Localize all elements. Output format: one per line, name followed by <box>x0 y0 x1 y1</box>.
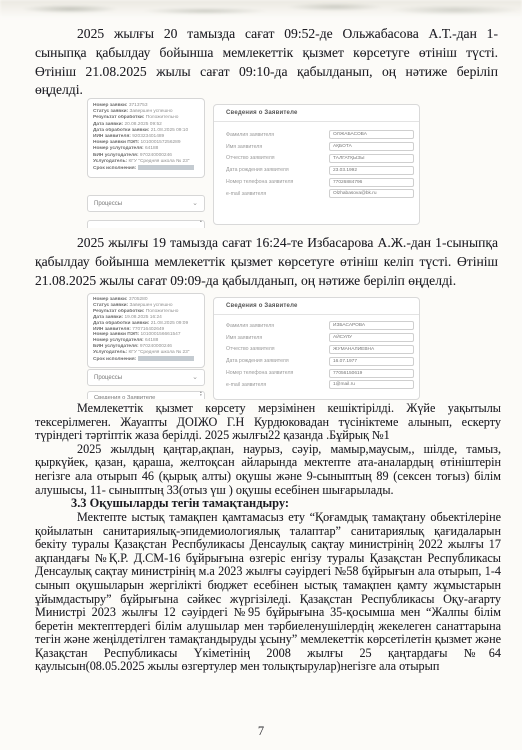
application-details-card: Номер заявки: 3713753 Статус заявки: Зав… <box>87 98 205 178</box>
applicant-field-label: e-mail заявителя <box>226 191 329 197</box>
applicant-field-row: Отчество заявителяТАЛГАТҚЫЗЫ <box>226 153 414 165</box>
scroll-up-icon[interactable]: ▴ <box>200 220 202 223</box>
applicant-field-input[interactable]: АЙСУЛУ <box>329 333 414 342</box>
applicant-info-card: Сведения о Заявителе Фамилия заявителяОЛ… <box>213 104 420 225</box>
field-value: КГУ "Средняя школа № 23" <box>128 350 189 355</box>
applicant-field-input[interactable]: Olzhabasova@bk.ru <box>329 189 414 198</box>
paragraph-application-2: 2025 жылғы 19 тамызда сағат 16:24-те Изб… <box>35 234 498 290</box>
field-value: 21.08.2025 09:10 <box>151 128 188 133</box>
field-label: Номер услугодателя: <box>93 146 144 151</box>
field-value: Завершен успешно <box>130 109 173 114</box>
applicant-field-label: Отчество заявителя <box>226 155 329 161</box>
field-label: Дата обработки заявки: <box>93 128 149 133</box>
section-heading-3-3: 3.3 Оқушыларды тегін тамақтандыру: <box>35 497 501 511</box>
processes-dropdown[interactable]: Процессы ⌄ <box>87 195 205 212</box>
section-spinner-icon[interactable]: ▴ ▾ <box>200 391 202 397</box>
applicant-field-label: Дата рождения заявителя <box>226 167 329 173</box>
processes-dropdown-label: Процессы <box>94 201 122 207</box>
field-value: Положительно <box>146 115 179 120</box>
collapsed-section-edge[interactable] <box>87 220 205 228</box>
field-value: 770716402649 <box>132 327 164 332</box>
report-text-block: Мемлекеттік қызмет көрсету мерзімінен ке… <box>35 402 501 674</box>
redacted-value <box>138 356 194 361</box>
applicant-field-input[interactable]: 1@mail.ru <box>329 380 414 389</box>
field-label: Результат обработки: <box>93 309 144 314</box>
field-value: КГУ "Средняя школа № 23" <box>128 159 189 164</box>
field-value: 64188 <box>145 146 158 151</box>
field-label: Статус заявки: <box>93 303 128 308</box>
paragraph-free-meals: Мектепте ыстық тамақпен қамтамасыз ету “… <box>35 511 501 674</box>
applicant-field-row: Номер телефона заявителя77056150619 <box>226 367 414 379</box>
redacted-value <box>138 165 194 170</box>
field-label: Номер заявки ПЭП: <box>93 332 139 337</box>
paragraph-application-1: 2025 жылғы 20 тамызда сағат 09:52-де Оль… <box>35 25 498 100</box>
document-page: 2025 жылғы 20 тамызда сағат 09:52-де Оль… <box>0 0 522 750</box>
applicant-field-label: Отчество заявителя <box>226 346 329 352</box>
field-value: Завершен успешно <box>130 303 173 308</box>
field-label: ИИН заявителя: <box>93 327 131 332</box>
applicant-field-input[interactable]: 77056150619 <box>329 369 414 378</box>
applicant-field-row: Фамилия заявителяИЗБАСАРОВА <box>226 320 414 332</box>
applicant-field-label: Дата рождения заявителя <box>226 358 329 364</box>
field-value: 64188 <box>145 338 158 343</box>
collapsed-applicant-section[interactable]: Сведения о Заявителе <box>87 391 205 399</box>
applicant-field-label: Фамилия заявителя <box>226 132 329 138</box>
paragraph-service-delay: Мемлекеттік қызмет көрсету мерзімінен ке… <box>35 402 501 443</box>
applicant-field-input[interactable]: 23.03.1992 <box>329 166 414 175</box>
field-value: 19.08.2025 16:24 <box>124 315 161 320</box>
field-label: Результат обработки: <box>93 115 144 120</box>
field-value: 101000156661547 <box>140 332 180 337</box>
field-label: Услугодатель: <box>93 350 127 355</box>
screenshot-application-2: Номер заявки: 3705280 Статус заявки: Зав… <box>87 291 435 402</box>
applicant-field-label: Номер телефона заявителя <box>226 370 329 376</box>
paragraph-student-counts: 2025 жылдың қаңтар,ақпан, наурыз, сәуір,… <box>35 443 501 497</box>
field-label: Номер услугодателя: <box>93 338 144 343</box>
field-label: Статус заявки: <box>93 109 128 114</box>
applicant-info-header: Сведения о Заявителе <box>214 105 419 122</box>
field-value: 20.08.2025 09:52 <box>124 122 161 127</box>
field-value: 970240000246 <box>140 153 172 158</box>
applicant-field-label: e-mail заявителя <box>226 382 329 388</box>
application-details-card: Номер заявки: 3705280 Статус заявки: Зав… <box>87 293 205 368</box>
applicant-field-input[interactable]: ОЛЖАБАСОВА <box>329 130 414 139</box>
applicant-field-label: Фамилия заявителя <box>226 323 329 329</box>
caret-up-glyph: ▴ <box>200 220 202 223</box>
field-value: 101000157256289 <box>140 140 180 145</box>
applicant-field-row: Дата рождения заявителя16.07.1977 <box>226 355 414 367</box>
applicant-field-label: Имя заявителя <box>226 144 329 150</box>
applicant-field-row: Номер телефона заявителя77026884796 <box>226 176 414 188</box>
field-label: БИН услугодателя: <box>93 344 139 349</box>
applicant-field-input[interactable]: ЖУМАНАЛИЕВНА <box>329 345 414 354</box>
screenshot-application-1: Номер заявки: 3713753 Статус заявки: Зав… <box>87 96 435 230</box>
applicant-field-row: Отчество заявителяЖУМАНАЛИЕВНА <box>226 344 414 356</box>
field-value: 3713753 <box>129 103 148 108</box>
field-value: 21.08.2025 09:09 <box>151 321 188 326</box>
chevron-down-icon: ⌄ <box>192 200 198 207</box>
field-label: Дата заявки: <box>93 315 123 320</box>
field-label: Номер заявки: <box>93 103 128 108</box>
applicant-field-input[interactable]: АҚБОТА <box>329 142 414 151</box>
applicant-field-row: e-mail заявителя1@mail.ru <box>226 379 414 391</box>
field-label: Услугодатель: <box>93 159 127 164</box>
applicant-field-row: Имя заявителяАҚБОТА <box>226 141 414 153</box>
applicant-field-input[interactable]: 77026884796 <box>329 178 414 187</box>
applicant-field-label: Номер телефона заявителя <box>226 179 329 185</box>
caret-down-glyph: ▾ <box>200 394 202 397</box>
applicant-field-row: Фамилия заявителяОЛЖАБАСОВА <box>226 129 414 141</box>
applicant-field-input[interactable]: ТАЛГАТҚЫЗЫ <box>329 154 414 163</box>
field-value: 920323401489 <box>132 134 164 139</box>
field-label: Дата заявки: <box>93 122 123 127</box>
processes-dropdown-label: Процессы <box>94 375 122 381</box>
applicant-field-row: Имя заявителяАЙСУЛУ <box>226 332 414 344</box>
field-value: 3705280 <box>129 297 148 302</box>
scan-bleedthrough-artifact <box>0 0 522 18</box>
field-label: Срок исполнения: <box>93 357 136 362</box>
applicant-field-label: Имя заявителя <box>226 335 329 341</box>
applicant-field-row: Дата рождения заявителя23.03.1992 <box>226 164 414 176</box>
applicant-field-row: e-mail заявителяOlzhabasova@bk.ru <box>226 188 414 200</box>
field-label: Дата обработки заявки: <box>93 321 149 326</box>
field-label: БИН услугодателя: <box>93 153 139 158</box>
detail-row-deadline: Срок исполнения: <box>93 356 199 363</box>
field-label: Номер заявки ПЭП: <box>93 140 139 145</box>
field-value: Положительно <box>146 309 179 314</box>
chevron-down-icon: ⌄ <box>192 374 198 381</box>
detail-row-deadline: Срок исполнения: <box>93 165 199 172</box>
processes-dropdown[interactable]: Процессы ⌄ <box>87 369 205 386</box>
applicant-info-header: Сведения о Заявителе <box>214 298 419 315</box>
page-number: 7 <box>0 724 522 739</box>
field-label: ИИН заявителя: <box>93 134 131 139</box>
applicant-field-input[interactable]: ИЗБАСАРОВА <box>329 321 414 330</box>
field-label: Номер заявки: <box>93 297 128 302</box>
applicant-field-input[interactable]: 16.07.1977 <box>329 357 414 366</box>
field-label: Срок исполнения: <box>93 166 136 171</box>
field-value: 970240000246 <box>140 344 172 349</box>
applicant-info-card: Сведения о Заявителе Фамилия заявителяИЗ… <box>213 297 420 400</box>
